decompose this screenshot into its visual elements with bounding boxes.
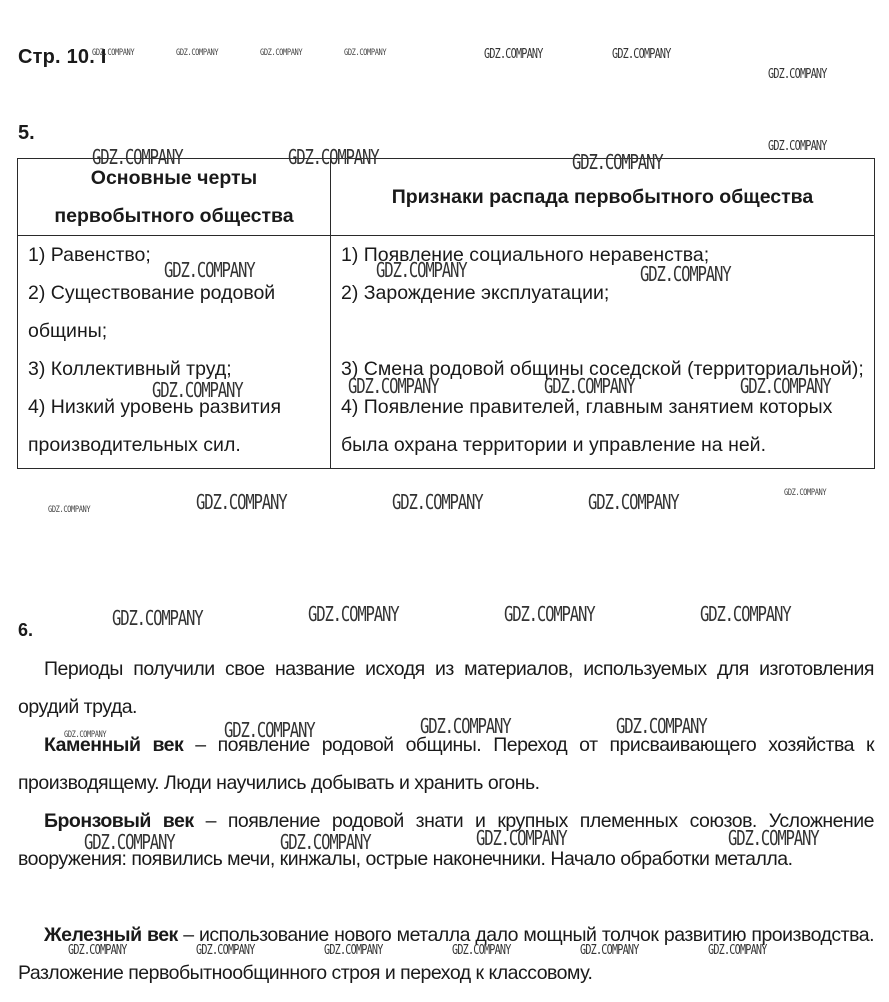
list-item: 3) Коллективный труд;: [28, 350, 322, 388]
table-header-row: Основные черты первобытного общества При…: [18, 159, 875, 236]
list-item: 2) Зарождение эксплуатации;: [341, 274, 866, 350]
stone-age-term: Каменный век: [44, 734, 183, 756]
list-item: 1) Появление социального неравенства;: [341, 236, 866, 274]
header-decay-signs: Признаки распада первобытного общества: [331, 159, 875, 236]
primitive-society-table: Основные черты первобытного общества При…: [17, 158, 875, 469]
watermark: GDZ.COMPANY: [768, 139, 827, 154]
iron-age-paragraph: Железный век – использование нового мета…: [18, 916, 874, 992]
list-item: 2) Существование родовой общины;: [28, 274, 322, 350]
watermark: GDZ.COMPANY: [48, 505, 90, 515]
page-reference: Стр. 10. I: [18, 46, 106, 69]
list-item: 3) Смена родовой общины соседской (терри…: [341, 350, 866, 388]
intro-paragraph: Периоды получили свое название исходя из…: [18, 650, 874, 726]
bronze-age-term: Бронзовый век: [44, 810, 194, 832]
watermark: GDZ.COMPANY: [484, 47, 543, 62]
watermark: GDZ.COMPANY: [588, 490, 678, 514]
list-item: 4) Низкий уровень развития производитель…: [28, 388, 322, 464]
main-features-cell: 1) Равенство; 2) Существование родовой о…: [18, 236, 331, 469]
watermark: GDZ.COMPANY: [344, 48, 386, 58]
task-5-number: 5.: [18, 122, 35, 145]
watermark: GDZ.COMPANY: [392, 490, 482, 514]
watermark: GDZ.COMPANY: [308, 602, 398, 626]
watermark: GDZ.COMPANY: [504, 602, 594, 626]
watermark: GDZ.COMPANY: [112, 606, 202, 630]
stone-age-paragraph: Каменный век – появление родовой общины.…: [18, 726, 874, 802]
iron-age-term: Железный век: [44, 924, 178, 946]
table-row: 1) Равенство; 2) Существование родовой о…: [18, 236, 875, 469]
watermark: GDZ.COMPANY: [784, 488, 826, 498]
header-main-features: Основные черты первобытного общества: [18, 159, 331, 236]
watermark: GDZ.COMPANY: [768, 67, 827, 82]
bronze-age-paragraph: Бронзовый век – появление родовой знати …: [18, 802, 874, 878]
watermark: GDZ.COMPANY: [260, 48, 302, 58]
task-6-number: 6.: [18, 620, 33, 641]
list-item: 1) Равенство;: [28, 236, 322, 274]
decay-signs-cell: 1) Появление социального неравенства; 2)…: [331, 236, 875, 469]
watermark: GDZ.COMPANY: [196, 490, 286, 514]
list-item: 4) Появление правителей, главным занятие…: [341, 388, 866, 464]
watermark: GDZ.COMPANY: [612, 47, 671, 62]
watermark: GDZ.COMPANY: [176, 48, 218, 58]
watermark: GDZ.COMPANY: [700, 602, 790, 626]
